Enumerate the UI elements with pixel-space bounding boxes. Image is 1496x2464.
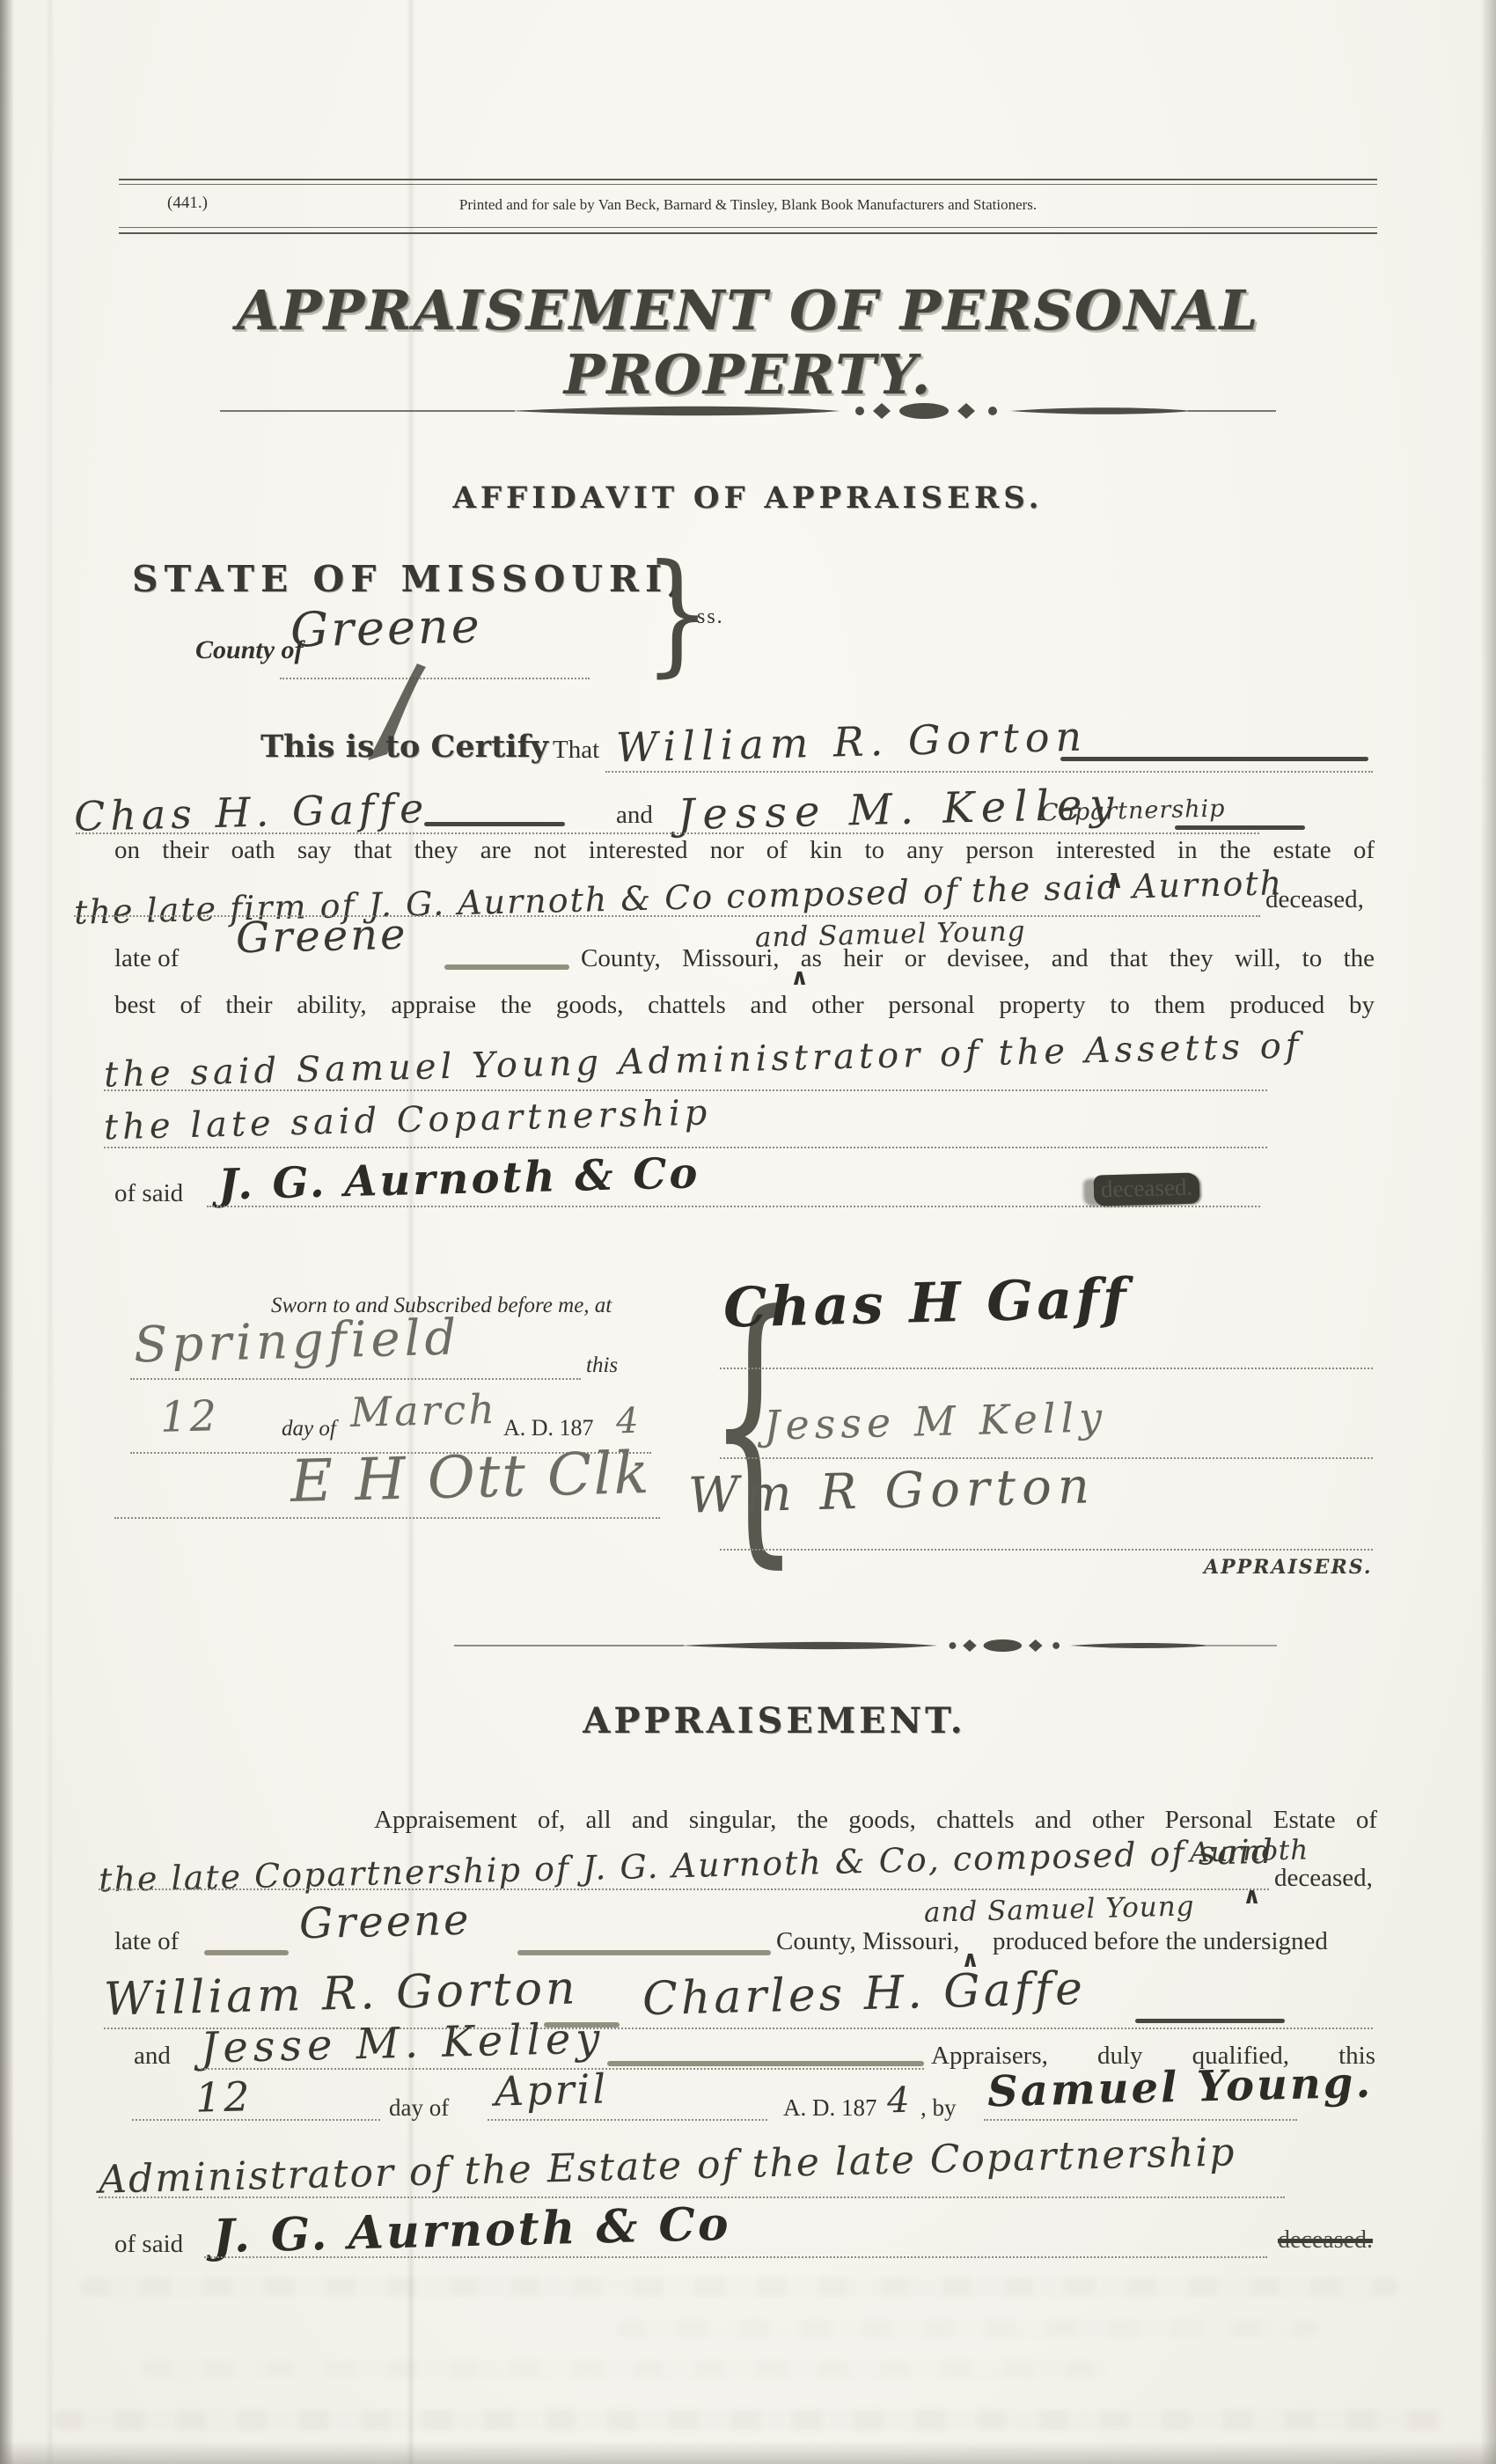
struck-deceased-blot: deceased. — [1094, 1172, 1200, 1206]
deceased-label: deceased, — [1265, 885, 1364, 914]
late-of-value-handwritten: Greene — [298, 1896, 472, 1949]
day-of-label: day of — [389, 2094, 449, 2122]
late-of-label: late of — [114, 1927, 179, 1956]
state-label: STATE OF MISSOURI, — [132, 558, 686, 600]
of-said-value-handwritten: J. G. Aurnoth & Co — [212, 2197, 731, 2263]
fill-line — [130, 1378, 581, 1380]
bleed-through — [141, 2360, 1109, 2378]
insert-copartnership-handwritten: Copartnership — [1040, 795, 1226, 826]
administrator-handwritten: Administrator of the Estate of the late … — [99, 2130, 1237, 2203]
sworn-day-of-label: day of — [282, 1417, 336, 1441]
county-missouri-line: County, Missouri, as heir or devisee, an… — [581, 944, 1375, 973]
affidavit-heading: AFFIDAVIT OF APPRAISERS. — [352, 480, 1144, 516]
insertion-caret: ∧ — [1243, 1883, 1261, 1910]
signature-1-handwritten: Chas H Gaff — [722, 1265, 1130, 1339]
ornamental-divider — [454, 1635, 1277, 1656]
appraisers-label: APPRAISERS. — [1204, 1556, 1373, 1579]
produced-label: produced before the undersigned — [993, 1927, 1328, 1956]
document-title: APPRAISEMENT OF PERSONAL PROPERTY. — [62, 278, 1434, 407]
sworn-this-label: this — [586, 1353, 618, 1378]
ad-label: A. D. 187 — [783, 2094, 877, 2122]
officer-signature-handwritten: E H Ott Clk — [290, 1439, 651, 1515]
county-missouri-label: County, Missouri, — [776, 1927, 959, 1956]
ss-label: ss. — [697, 605, 724, 629]
sworn-year-digit-handwritten: 4 — [615, 1401, 642, 1442]
insert-samuel-handwritten: and Samuel Young — [924, 1890, 1195, 1929]
header-rule-bottom-1 — [119, 227, 1377, 228]
certify-lead: This is to Certify — [260, 729, 548, 765]
county-label: County of — [195, 635, 304, 665]
deceased-label: deceased, — [1274, 1864, 1373, 1893]
oath-line: on their oath say that they are not inte… — [114, 836, 1375, 865]
sworn-day-handwritten: 12 — [159, 1391, 219, 1442]
paper-crease-left — [46, 0, 55, 2464]
bleed-through — [616, 2320, 1320, 2337]
scanned-document-page: (441.) Printed and for sale by Van Beck,… — [0, 0, 1496, 2464]
rule-dash — [444, 964, 569, 970]
struck-deceased: deceased. — [1278, 2226, 1373, 2255]
comma-by-label: , by — [920, 2094, 957, 2122]
appraisement-intro: Appraisement of, all and singular, the g… — [374, 1806, 1377, 1835]
fill-line — [132, 2119, 380, 2121]
late-of-value-handwritten: Greene — [235, 910, 408, 964]
of-said-label: of said — [114, 2230, 183, 2259]
bleed-through — [53, 2409, 1443, 2431]
sworn-place-handwritten: Springfield — [133, 1309, 461, 1374]
day-handwritten: 12 — [194, 2072, 253, 2122]
signature-line — [720, 1549, 1373, 1551]
rule-dash — [607, 2061, 924, 2066]
fill-line — [605, 771, 1373, 773]
ink-dash — [424, 822, 565, 826]
month-handwritten: April — [494, 2064, 608, 2115]
fill-line — [488, 2119, 767, 2121]
county-value-handwritten: Greene — [290, 598, 482, 657]
fill-line — [76, 832, 1259, 834]
ability-line: best of their ability, appraise the good… — [114, 991, 1375, 1020]
signature-3-handwritten: Wm R Gorton — [687, 1457, 1096, 1524]
scan-edge-right — [1480, 0, 1496, 2464]
signature-line — [720, 1368, 1373, 1369]
ink-dash — [1175, 825, 1305, 830]
of-said-value-handwritten: J. G. Aurnoth & Co — [217, 1148, 700, 1209]
by-name-handwritten: Samuel Young. — [986, 2058, 1373, 2117]
fill-line — [99, 1888, 1269, 1890]
insertion-caret: ∧ — [790, 964, 809, 991]
year-digit-handwritten: 4 — [886, 2080, 913, 2122]
header-rule-top-1 — [119, 179, 1377, 180]
and-label: and — [616, 801, 653, 830]
form-number: (441.) — [167, 194, 208, 213]
certify-that: That — [553, 736, 599, 765]
produced-by-handwritten-2: the late said Copartnership — [104, 1093, 712, 1148]
and-label: and — [134, 2042, 171, 2071]
late-of-label: late of — [114, 944, 179, 973]
fill-line — [207, 1206, 1260, 1207]
ink-dash — [1135, 2019, 1285, 2023]
rule-dash — [204, 1950, 289, 1955]
fill-line — [104, 1089, 1267, 1091]
name2-handwritten: Charles H. Gaffe — [642, 1962, 1086, 2026]
ornamental-divider — [220, 398, 1276, 424]
appraiser1-name-handwritten: William R. Gorton — [615, 712, 1088, 771]
header-rule-top-2 — [119, 184, 1377, 185]
produced-by-handwritten-1: the said Samuel Young Administrator of t… — [104, 1025, 1303, 1095]
printer-imprint: Printed and for sale by Van Beck, Barnar… — [264, 196, 1232, 214]
signature-2-handwritten: Jesse M Kelly — [763, 1393, 1107, 1449]
of-said-label: of said — [114, 1179, 183, 1208]
header-rule-bottom-2 — [119, 232, 1377, 234]
name3-handwritten: Jesse M. Kelley — [200, 2013, 605, 2072]
appraisement-heading: APPRAISEMENT. — [528, 1700, 1021, 1742]
ink-dash — [1060, 757, 1368, 761]
fill-line — [984, 2119, 1297, 2121]
scan-edge-bottom — [0, 2441, 1496, 2464]
sworn-month-handwritten: March — [349, 1385, 497, 1436]
sworn-ad-label: A. D. 187 — [503, 1415, 594, 1441]
bleed-through — [79, 2277, 1399, 2297]
fill-line — [114, 1517, 660, 1519]
rule-dash — [517, 1950, 771, 1955]
scan-edge-left — [0, 0, 14, 2464]
fill-line — [204, 2256, 1267, 2258]
